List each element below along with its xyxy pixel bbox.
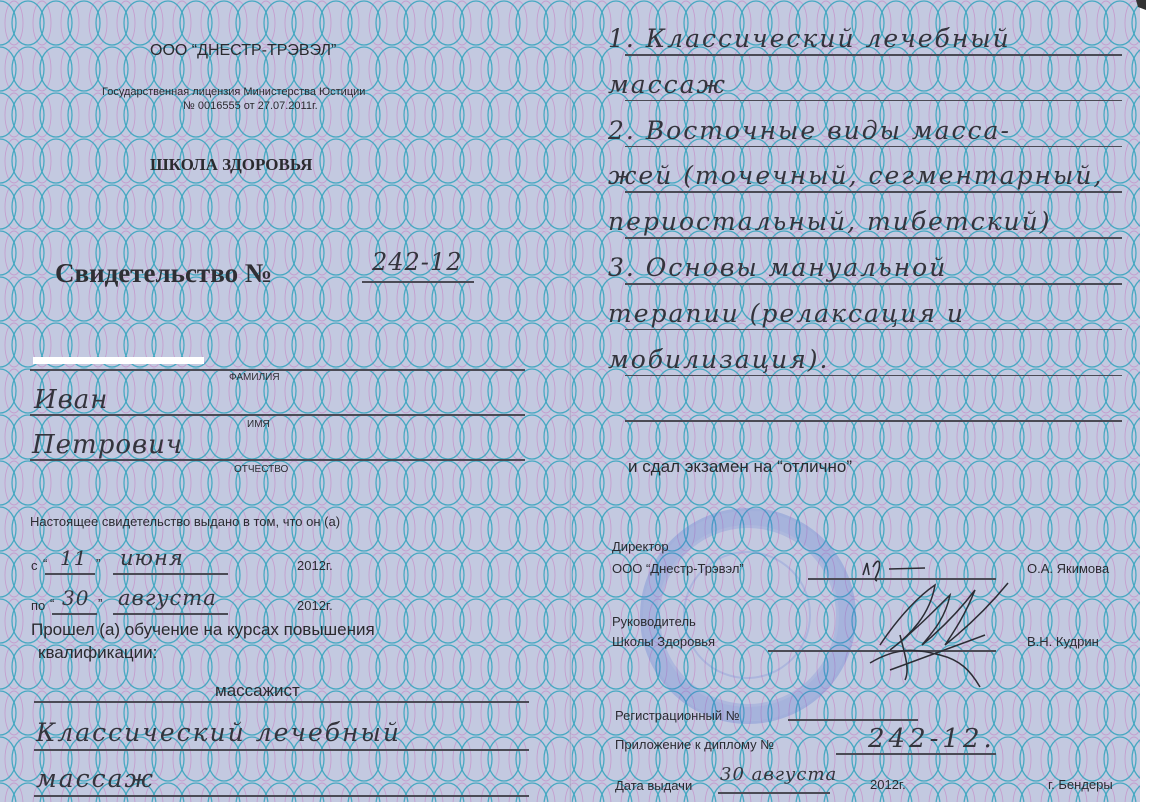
period-from-year: 2012г. <box>297 558 333 573</box>
patronymic-value: Петрович <box>32 430 183 460</box>
period-to-month: августа <box>118 586 217 610</box>
surname-line <box>30 369 525 371</box>
patronymic-line <box>30 459 525 461</box>
period-from-month: июня <box>120 546 184 570</box>
name-value: Иван <box>34 385 108 415</box>
period-to-quote-close: ” <box>98 596 102 611</box>
training-line-2: квалификации: <box>38 643 157 663</box>
right-course-rule <box>625 283 1122 285</box>
school-name: ШКОЛА ЗДОРОВЬЯ <box>150 155 312 175</box>
period-from-prefix: с <box>31 558 38 573</box>
right-course-rule <box>625 100 1122 102</box>
left-course-line-2: массаж <box>36 764 155 793</box>
right-course-rule <box>625 420 1122 422</box>
registration-line <box>788 719 918 721</box>
issue-city: г. Бендеры <box>1048 777 1113 792</box>
left-course-line-1: Классический лечебный <box>36 718 401 747</box>
right-course-line: 1. Классический лечебный <box>608 24 1011 53</box>
issue-year: 2012г. <box>870 777 906 792</box>
period-from-quote-close: ” <box>96 556 100 571</box>
director-title-line-2: ООО “Днестр-Трэвэл” <box>612 561 744 576</box>
head-title-line-1: Руководитель <box>612 614 696 629</box>
exam-result: и сдал экзамен на “отлично” <box>628 457 852 477</box>
right-course-line: массаж <box>608 70 727 99</box>
right-course-rule <box>625 375 1122 377</box>
certificate-label: Свидетельство № <box>55 258 272 289</box>
period-to-prefix: по <box>31 598 45 613</box>
right-course-line: жей (точечный, сегментарный, <box>608 161 1103 190</box>
left-course-rule-2 <box>34 795 529 797</box>
right-course-rule <box>625 237 1122 239</box>
appendix-label: Приложение к диплому № <box>615 737 774 752</box>
license-line-1: Государственная лицензия Министерства Юс… <box>102 86 365 98</box>
period-from-month-line <box>113 573 228 575</box>
certificate-number: 242-12 <box>372 248 462 276</box>
right-course-rule <box>625 191 1122 193</box>
name-label: ИМЯ <box>247 419 270 430</box>
certificate-number-underline <box>362 281 474 283</box>
right-course-line: мобилизация). <box>608 345 830 374</box>
qualification-line <box>34 701 529 703</box>
certificate-sheet: ООО “ДНЕСТР-ТРЭВЭЛ” Государственная лице… <box>0 0 1140 802</box>
period-to-day-line <box>52 613 97 615</box>
left-course-rule-1 <box>34 749 529 751</box>
issue-date-label: Дата выдачи <box>615 778 692 793</box>
redaction-bar <box>33 357 204 364</box>
director-name: О.А. Якимова <box>1027 561 1109 576</box>
qualification: массажист <box>215 681 300 701</box>
license-line-2: № 0016555 от 27.07.2011г. <box>183 100 318 112</box>
period-to-quote-open: “ <box>50 596 54 611</box>
right-course-line: 2. Восточные виды масса- <box>608 116 1011 145</box>
training-line-1: Прошел (а) обучение на курсах повышения <box>31 620 375 640</box>
period-to-month-line <box>113 613 228 615</box>
registration-label: Регистрационный № <box>615 708 740 723</box>
right-course-rule <box>625 329 1122 331</box>
head-name: В.Н. Кудрин <box>1027 634 1099 649</box>
surname-label: ФАМИЛИЯ <box>229 372 280 383</box>
organization-name: ООО “ДНЕСТР-ТРЭВЭЛ” <box>150 42 336 60</box>
name-line <box>30 414 525 416</box>
patronymic-label: ОТЧЕСТВО <box>234 464 288 475</box>
period-from-day-line <box>45 573 95 575</box>
period-to-day: 30 <box>62 586 89 610</box>
head-signature <box>860 575 1030 700</box>
period-from-quote-open: “ <box>43 556 47 571</box>
right-course-line: 3. Основы мануальной <box>608 253 947 282</box>
period-to-year: 2012г. <box>297 598 333 613</box>
director-title-line-1: Директор <box>612 539 669 554</box>
right-course-rule <box>625 146 1122 148</box>
head-title-line-2: Школы Здоровья <box>612 634 715 649</box>
issue-date-value: 30 августа <box>720 764 837 785</box>
right-course-rule <box>625 54 1122 56</box>
right-course-line: терапии (релаксация и <box>608 299 965 328</box>
period-from-day: 11 <box>60 546 87 570</box>
appendix-value: 242-12. <box>868 724 996 754</box>
page-fold-line <box>569 0 572 802</box>
right-course-line: периостальный, тибетский) <box>608 207 1051 236</box>
issued-statement: Настоящее свидетельство выдано в том, чт… <box>30 514 340 529</box>
issue-date-line <box>718 792 830 794</box>
